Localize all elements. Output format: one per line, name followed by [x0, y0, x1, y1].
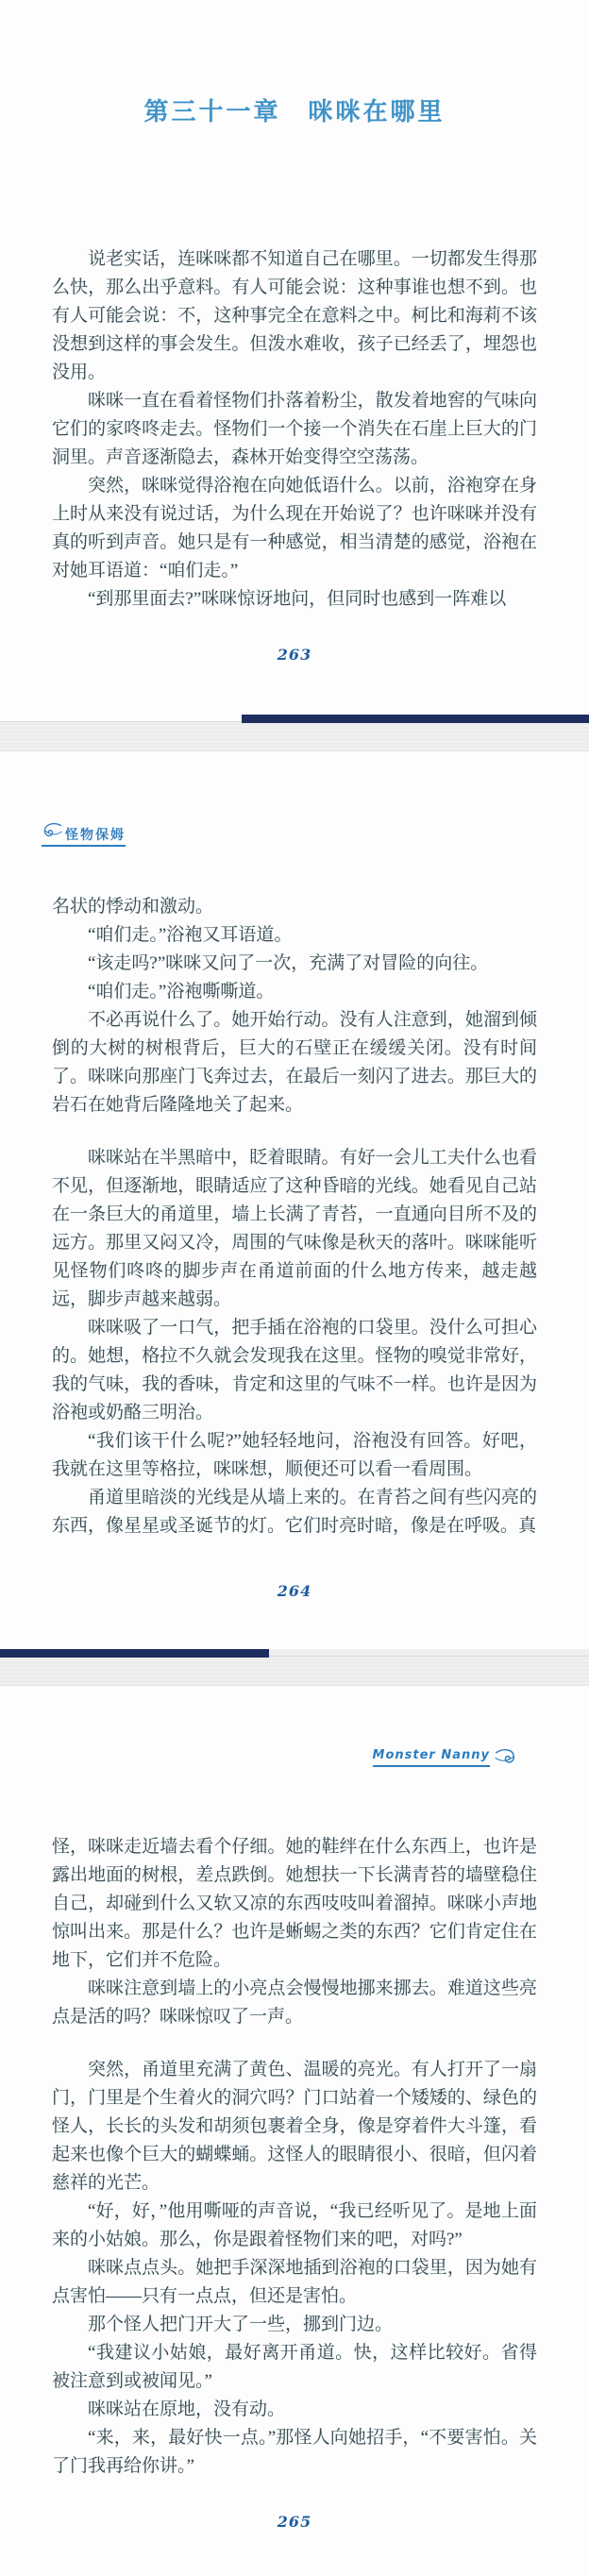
page-divider: [0, 715, 589, 751]
page-264-body: 名状的悸动和激动。 “咱们走。”浴袍又耳语道。 “该走吗?”咪咪又问了一次，充满…: [52, 893, 537, 1541]
page-edge-bar: [242, 715, 589, 723]
flourish-icon: [495, 1746, 517, 1767]
page-number: 265: [0, 2513, 589, 2531]
paragraph: 咪咪注意到墙上的小亮点会慢慢地挪来挪去。难道这些亮点是活的吗？咪咪惊叹了一声。: [52, 1975, 537, 2031]
paragraph: 说老实话，连咪咪都不知道自己在哪里。一切都发生得那么快，那么出乎意料。有人可能会…: [52, 245, 537, 387]
book-page-264: 怪物保姆 名状的悸动和激动。 “咱们走。”浴袍又耳语道。 “该走吗?”咪咪又问了…: [0, 751, 589, 1649]
running-header-en: Monster Nanny: [373, 1746, 517, 1767]
paragraph: 那个怪人把门开大了一些，挪到门边。: [52, 2311, 537, 2339]
chapter-title: 第三十一章 咪咪在哪里: [0, 93, 589, 127]
paragraph: 名状的悸动和激动。: [52, 893, 537, 921]
page-divider: [0, 1649, 589, 1686]
book-page-263: 第三十一章 咪咪在哪里 说老实话，连咪咪都不知道自己在哪里。一切都发生得那么快，…: [0, 0, 589, 715]
book-title-cn: 怪物保姆: [65, 827, 126, 842]
paragraph: 咪咪站在半黑暗中，眨着眼睛。有好一会儿工夫什么也看不见，但逐渐地，眼睛适应了这种…: [52, 1144, 537, 1314]
page-263-body: 说老实话，连咪咪都不知道自己在哪里。一切都发生得那么快，那么出乎意料。有人可能会…: [52, 245, 537, 614]
paragraph: “该走吗?”咪咪又问了一次，充满了对冒险的向往。: [52, 950, 537, 978]
paragraph: 咪咪吸了一口气，把手插在浴袍的口袋里。没什么可担心的。她想，格拉不久就会发现我在…: [52, 1314, 537, 1427]
page-number: 263: [0, 646, 589, 664]
book-page-265: Monster Nanny 怪，咪咪走近墙去看个仔细。她的鞋绊在什么东西上，也许…: [0, 1686, 589, 2576]
page-number: 264: [0, 1582, 589, 1600]
paragraph: 咪咪一直在看着怪物们扑落着粉尘，散发着地窖的气味向它们的家咚咚走去。怪物们一个接…: [52, 387, 537, 472]
paragraph: 突然，咪咪觉得浴袍在向她低语什么。以前，浴袍穿在身上时从来没有说过话，为什么现在…: [52, 472, 537, 585]
paragraph: “我建议小姑娘，最好离开甬道。快，这样比较好。省得被注意到或被闻见。”: [52, 2339, 537, 2396]
page-265-body: 怪，咪咪走近墙去看个仔细。她的鞋绊在什么东西上，也许是露出地面的树根，差点跌倒。…: [52, 1833, 537, 2481]
book-title-en: Monster Nanny: [373, 1748, 490, 1767]
ebook-scroll-view[interactable]: 第三十一章 咪咪在哪里 说老实话，连咪咪都不知道自己在哪里。一切都发生得那么快，…: [0, 0, 589, 2576]
paragraph: 突然，甬道里充满了黄色、温暖的亮光。有人打开了一扇门，门里是个生着火的洞穴吗？门…: [52, 2056, 537, 2197]
paragraph: “到那里面去?”咪咪惊讶地问，但同时也感到一阵难以: [52, 585, 537, 614]
paragraph: “好，好，”他用嘶哑的声音说，“我已经听见了。是地上面来的小姑娘。那么，你是跟着…: [52, 2197, 537, 2254]
paragraph: “我们该干什么呢?”她轻轻地问，浴袍没有回答。好吧，我就在这里等格拉，咪咪想，顺…: [52, 1427, 537, 1484]
paragraph: “咱们走。”浴袍又耳语道。: [52, 921, 537, 950]
paragraph: 咪咪点点头。她把手深深地插到浴袍的口袋里，因为她有点害怕——只有一点点，但还是害…: [52, 2254, 537, 2311]
paragraph: “咱们走。”浴袍嘶嘶道。: [52, 978, 537, 1006]
paragraph: 不必再说什么了。她开始行动。没有人注意到，她溜到倾倒的大树的树根背后，巨大的石壁…: [52, 1006, 537, 1120]
paragraph: 甬道里暗淡的光线是从墙上来的。在青苔之间有些闪亮的东西，像星星或圣诞节的灯。它们…: [52, 1484, 537, 1541]
paragraph: 怪，咪咪走近墙去看个仔细。她的鞋绊在什么东西上，也许是露出地面的树根，差点跌倒。…: [52, 1833, 537, 1975]
paragraph: “来，来，最好快一点。”那怪人向她招手，“不要害怕。关了门我再给你讲。”: [52, 2424, 537, 2481]
paragraph: 咪咪站在原地，没有动。: [52, 2396, 537, 2424]
page-edge-bar: [0, 1649, 269, 1658]
running-header-cn: 怪物保姆: [42, 819, 126, 847]
flourish-icon: [42, 819, 62, 842]
